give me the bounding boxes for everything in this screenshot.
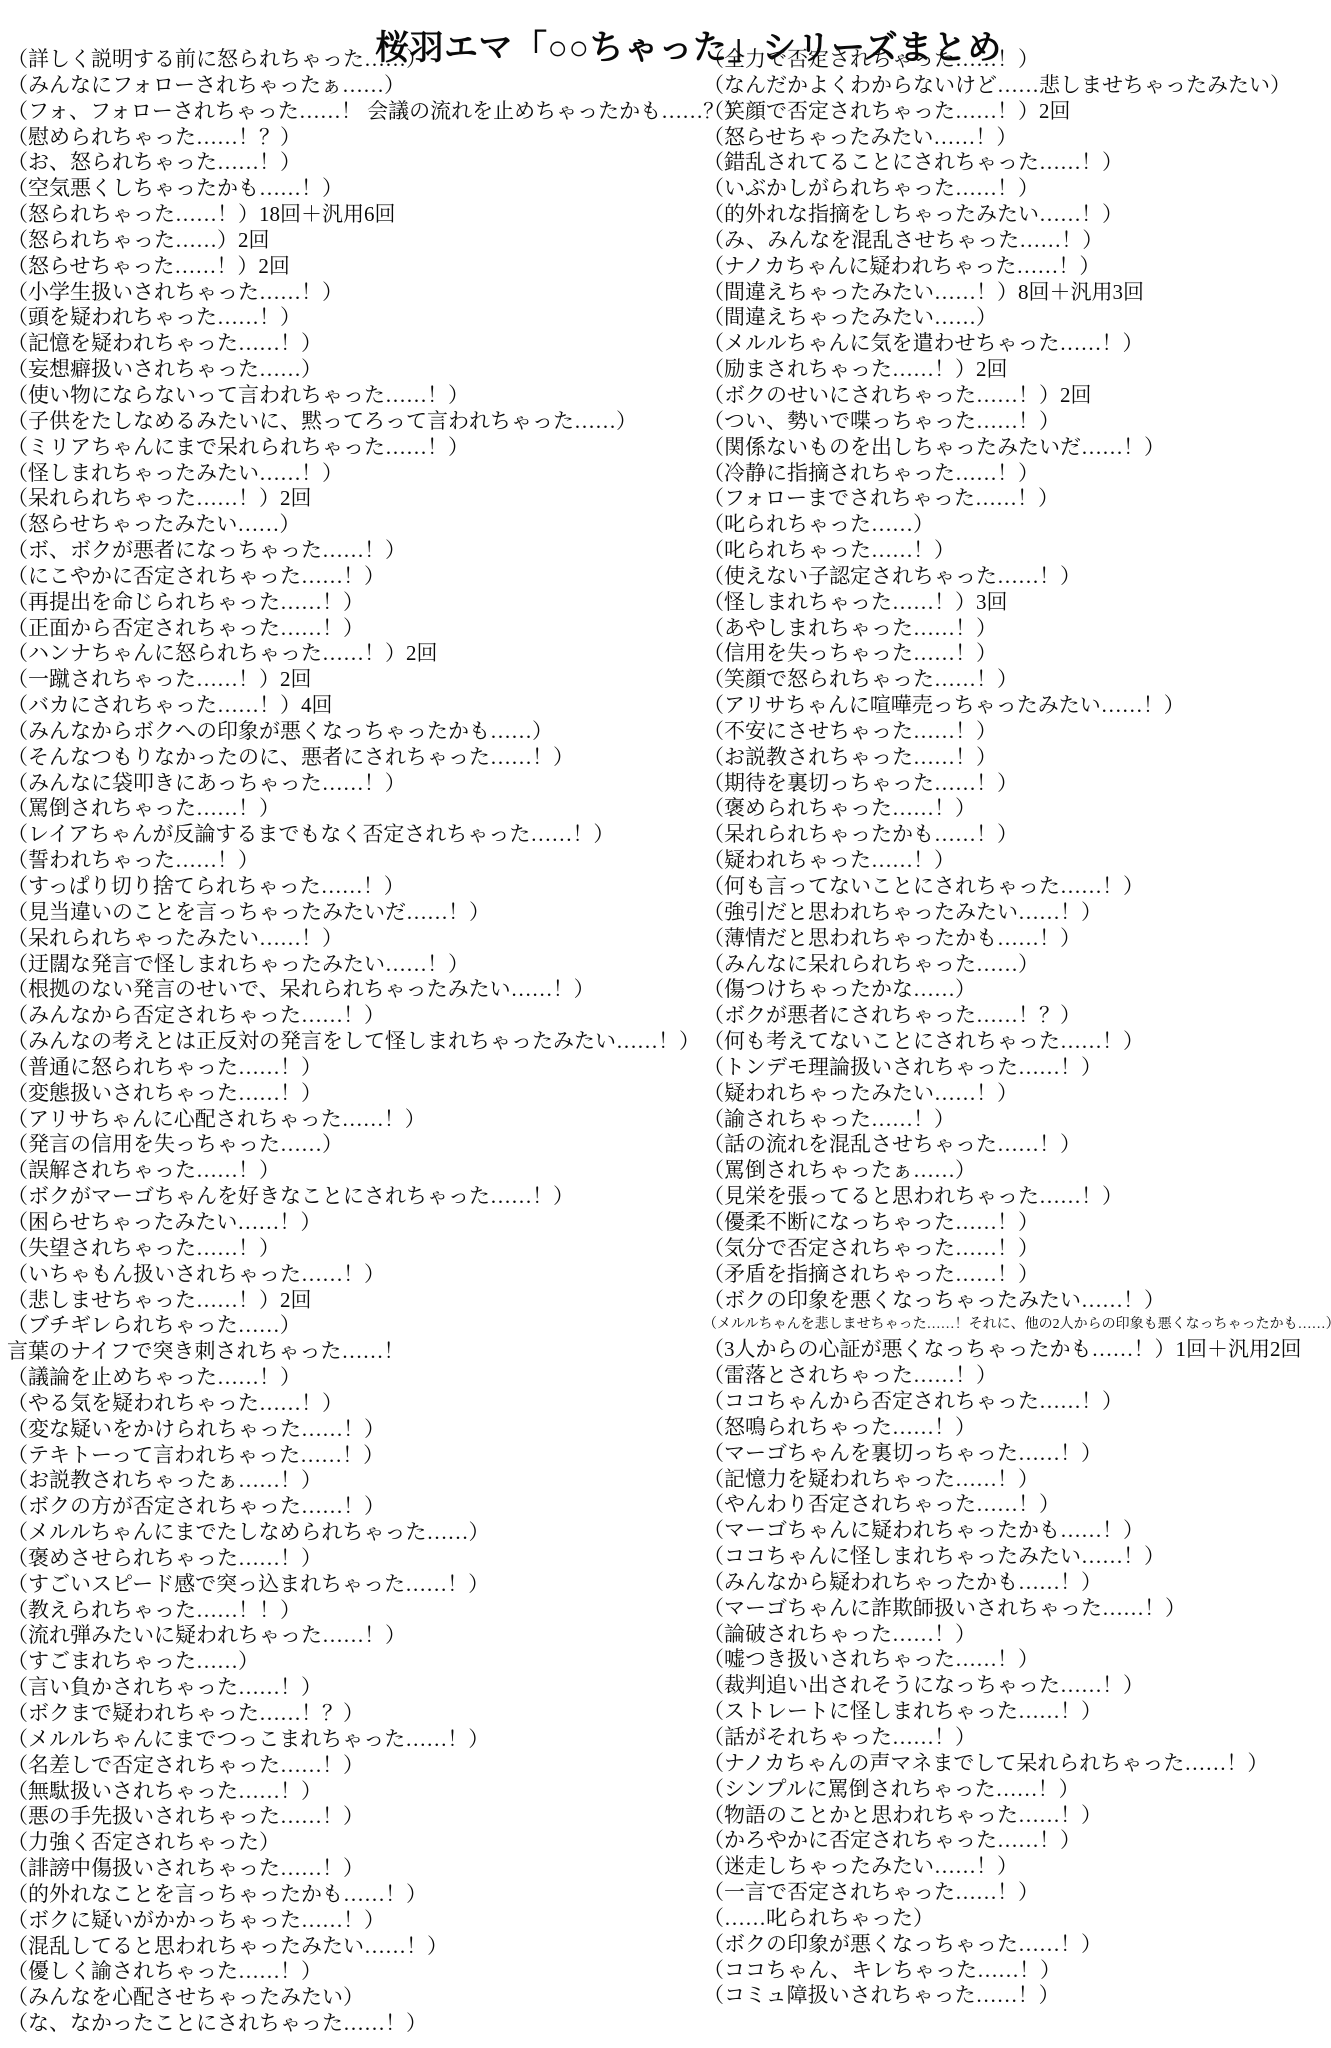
text-line: （小学生扱いされちゃった……！）: [7, 280, 745, 306]
text-line: （嘘つき扱いされちゃった……！）: [703, 1647, 1331, 1673]
text-line: （論破されちゃった……！）: [703, 1622, 1331, 1648]
text-line: （マーゴちゃんに詐欺師扱いされちゃった……！）: [703, 1596, 1331, 1622]
text-line: （ボクの印象が悪くなっちゃった……！）: [703, 1932, 1331, 1958]
text-line: （変態扱いされちゃった……！）: [7, 1081, 745, 1107]
text-line: （みんなから否定されちゃった……！）: [7, 1003, 745, 1029]
text-line: （悪の手先扱いされちゃった……！）: [7, 1804, 745, 1830]
text-line: （迂闊な発言で怪しまれちゃったみたい……！）: [7, 952, 745, 978]
text-line: 言葉のナイフで突き刺されちゃった……！: [7, 1339, 745, 1365]
text-line: （バカにされちゃった……！）4回: [7, 693, 745, 719]
text-line: （根拠のない発言のせいで、呆れられちゃったみたい……！）: [7, 977, 745, 1003]
text-line: （一言で否定されちゃった……！）: [703, 1880, 1331, 1906]
text-line: （みんなに呆れられちゃった……）: [703, 952, 1331, 978]
text-line: （いちゃもん扱いされちゃった……！）: [7, 1262, 745, 1288]
text-line: （叱られちゃった……！）: [703, 538, 1331, 564]
text-line: （ボクに疑いがかかっちゃった……！）: [7, 1908, 745, 1934]
text-line: （迷走しちゃったみたい……！）: [703, 1854, 1331, 1880]
text-line: （怒鳴られちゃった……！）: [703, 1415, 1331, 1441]
text-line: （言い負かされちゃった……！）: [7, 1675, 745, 1701]
text-line: （怒らせちゃったみたい……！）: [703, 125, 1331, 151]
text-line: （見栄を張ってると思われちゃった……！）: [703, 1184, 1331, 1210]
text-line: （子供をたしなめるみたいに、黙ってろって言われちゃった……）: [7, 409, 745, 435]
text-line: （お説教されちゃったぁ……！）: [7, 1468, 745, 1494]
left-column: （詳しく説明する前に怒られちゃった……）（みんなにフォローされちゃったぁ……）（…: [7, 47, 745, 2037]
text-line: （お説教されちゃった……！）: [703, 745, 1331, 771]
text-line: （裁判追い出されそうになっちゃった……！）: [703, 1673, 1331, 1699]
text-line: （怒らせちゃったみたい……）: [7, 512, 745, 538]
text-line: （間違えちゃったみたい……）: [703, 305, 1331, 331]
text-line: （フォ、フォローされちゃった……！ 会議の流れを止めちゃったかも……？）: [7, 99, 745, 125]
text-line: （優柔不断になっちゃった……！）: [703, 1210, 1331, 1236]
text-line: （呆れられちゃったかも……！）: [703, 822, 1331, 848]
text-line: （ミリアちゃんにまで呆れられちゃった……！）: [7, 435, 745, 461]
text-line: （流れ弾みたいに疑われちゃった……！）: [7, 1623, 745, 1649]
text-line: （お、怒られちゃった……！）: [7, 150, 745, 176]
text-line: （罵倒されちゃった……！）: [7, 796, 745, 822]
text-line: （フォローまでされちゃった……！）: [703, 486, 1331, 512]
text-line: （議論を止めちゃった……！）: [7, 1365, 745, 1391]
text-line: （ボクの印象を悪くなっちゃったみたい……！）: [703, 1288, 1331, 1314]
text-line: （レイアちゃんが反論するまでもなく否定されちゃった……！）: [7, 822, 745, 848]
text-line: （記憶を疑われちゃった……！）: [7, 331, 745, 357]
text-line: （……叱られちゃった）: [703, 1906, 1331, 1932]
text-line: （みんなにフォローされちゃったぁ……）: [7, 73, 745, 99]
text-line: （気分で否定されちゃった……！）: [703, 1236, 1331, 1262]
text-line: （3人からの心証が悪くなっちゃったかも……！）1回＋汎用2回: [703, 1337, 1331, 1363]
text-line: （ハンナちゃんに怒られちゃった……！）2回: [7, 641, 745, 667]
text-line: （使えない子認定されちゃった……！）: [703, 564, 1331, 590]
text-line: （話の流れを混乱させちゃった……！）: [703, 1132, 1331, 1158]
text-line: （シンプルに罵倒されちゃった……！）: [703, 1777, 1331, 1803]
text-line: （全力で否定されちゃった……！）: [703, 47, 1331, 73]
text-line: （すっぱり切り捨てられちゃった……！）: [7, 874, 745, 900]
text-line: （誓われちゃった……！）: [7, 848, 745, 874]
text-line: （マーゴちゃんを裏切っちゃった……！）: [703, 1441, 1331, 1467]
text-line: （失望されちゃった……！）: [7, 1236, 745, 1262]
text-line: （ボクがマーゴちゃんを好きなことにされちゃった……！）: [7, 1184, 745, 1210]
text-line: （かろやかに否定されちゃった……！）: [703, 1828, 1331, 1854]
text-line: （慰められちゃった……！？）: [7, 125, 745, 151]
text-line: （発言の信用を失っちゃった……）: [7, 1132, 745, 1158]
text-line: （やんわり否定されちゃった……！）: [703, 1492, 1331, 1518]
text-line: （期待を裏切っちゃった……！）: [703, 771, 1331, 797]
text-line: （アリサちゃんに心配されちゃった……！）: [7, 1107, 745, 1133]
text-line: （怒られちゃった……！）18回＋汎用6回: [7, 202, 745, 228]
text-line: （見当違いのことを言っちゃったみたいだ……！）: [7, 900, 745, 926]
text-line: （雷落とされちゃった……！）: [703, 1363, 1331, 1389]
text-line: （アリサちゃんに喧嘩売っちゃったみたい……！）: [703, 693, 1331, 719]
text-line: （ボクまで疑われちゃった……！？）: [7, 1701, 745, 1727]
text-line: （矛盾を指摘されちゃった……！）: [703, 1262, 1331, 1288]
text-line: （笑顔で怒られちゃった……！）: [703, 667, 1331, 693]
text-line: （ストレートに怪しまれちゃった……！）: [703, 1699, 1331, 1725]
text-line: （妄想癖扱いされちゃった……）: [7, 357, 745, 383]
text-line: （誹謗中傷扱いされちゃった……！）: [7, 1856, 745, 1882]
text-line: （何も言ってないことにされちゃった……！）: [703, 874, 1331, 900]
text-line: （ココちゃんに怪しまれちゃったみたい……！）: [703, 1544, 1331, 1570]
text-line: （すごいスピード感で突っ込まれちゃった……！）: [7, 1572, 745, 1598]
text-line: （トンデモ理論扱いされちゃった……！）: [703, 1055, 1331, 1081]
text-line: （みんなの考えとは正反対の発言をして怪しまれちゃったみたい……！）: [7, 1029, 745, 1055]
text-line: （頭を疑われちゃった……！）: [7, 305, 745, 331]
text-line: （みんなを心配させちゃったみたい）: [7, 1985, 745, 2011]
text-line: （呆れられちゃった……！）2回: [7, 486, 745, 512]
text-line: （あやしまれちゃった……！）: [703, 616, 1331, 642]
text-line: （ナノカちゃんの声マネまでして呆れられちゃった……！）: [703, 1751, 1331, 1777]
text-line: （教えられちゃった……！！）: [7, 1598, 745, 1624]
text-line: （何も考えてないことにされちゃった……！）: [703, 1029, 1331, 1055]
text-line: （物語のことかと思われちゃった……！）: [703, 1803, 1331, 1829]
text-line: （詳しく説明する前に怒られちゃった……）: [7, 47, 745, 73]
text-line: （関係ないものを出しちゃったみたいだ……！）: [703, 435, 1331, 461]
text-line: （励まされちゃった……！）2回: [703, 357, 1331, 383]
text-line: （錯乱されてることにされちゃった……！）: [703, 150, 1331, 176]
text-line: （混乱してると思われちゃったみたい……！）: [7, 1934, 745, 1960]
text-line: （ボ、ボクが悪者になっちゃった……！）: [7, 538, 745, 564]
text-line: （笑顔で否定されちゃった……！）2回: [703, 99, 1331, 125]
text-line: （力強く否定されちゃった）: [7, 1830, 745, 1856]
text-line: （みんなから疑われちゃったかも……！）: [703, 1570, 1331, 1596]
text-line: （疑われちゃったみたい……！）: [703, 1081, 1331, 1107]
text-line: （冷静に指摘されちゃった……！）: [703, 461, 1331, 487]
text-line: （再提出を命じられちゃった……！）: [7, 590, 745, 616]
text-line: （的外れな指摘をしちゃったみたい……！）: [703, 202, 1331, 228]
text-line: （話がそれちゃった……！）: [703, 1725, 1331, 1751]
text-line: （マーゴちゃんに疑われちゃったかも……！）: [703, 1518, 1331, 1544]
text-line: （メルルちゃんにまでたしなめられちゃった……）: [7, 1520, 745, 1546]
text-line: （一蹴されちゃった……！）2回: [7, 667, 745, 693]
text-line: （みんなに袋叩きにあっちゃった……！）: [7, 771, 745, 797]
text-line: （にこやかに否定されちゃった……！）: [7, 564, 745, 590]
right-column: （全力で否定されちゃった……！）（なんだかよくわからないけど……悲しませちゃった…: [703, 47, 1331, 2009]
text-line: （やる気を疑われちゃった……！）: [7, 1391, 745, 1417]
text-line: （ボクのせいにされちゃった……！）2回: [703, 383, 1331, 409]
text-line: （変な疑いをかけられちゃった……！）: [7, 1417, 745, 1443]
text-line: （叱られちゃった……）: [703, 512, 1331, 538]
text-line: （みんなからボクへの印象が悪くなっちゃったかも……）: [7, 719, 745, 745]
text-line: （怪しまれちゃった……！）3回: [703, 590, 1331, 616]
text-line: （強引だと思われちゃったみたい……！）: [703, 900, 1331, 926]
text-line: （メルルちゃんを悲しませちゃった……！それに、他の2人からの印象も悪くなっちゃっ…: [703, 1313, 1331, 1337]
text-line: （な、なかったことにされちゃった……！）: [7, 2011, 745, 2037]
text-line: （誤解されちゃった……！）: [7, 1158, 745, 1184]
summary-page: 桜羽エマ「○○ちゃった」シリーズまとめ （詳しく説明する前に怒られちゃった……）…: [0, 0, 1331, 2048]
text-line: （使い物にならないって言われちゃった……！）: [7, 383, 745, 409]
text-line: （褒められちゃった……！）: [703, 796, 1331, 822]
text-line: （すごまれちゃった……）: [7, 1649, 745, 1675]
text-line: （普通に怒られちゃった……！）: [7, 1055, 745, 1081]
text-line: （ブチギレられちゃった……）: [7, 1313, 745, 1339]
text-line: （呆れられちゃったみたい……！）: [7, 926, 745, 952]
text-line: （信用を失っちゃった……！）: [703, 641, 1331, 667]
text-line: （間違えちゃったみたい……！）8回＋汎用3回: [703, 280, 1331, 306]
text-line: （無駄扱いされちゃった……！）: [7, 1779, 745, 1805]
text-line: （ココちゃん、キレちゃった……！）: [703, 1958, 1331, 1984]
text-line: （困らせちゃったみたい……！）: [7, 1210, 745, 1236]
text-line: （名差しで否定されちゃった……！）: [7, 1753, 745, 1779]
text-line: （空気悪くしちゃったかも……！）: [7, 176, 745, 202]
text-line: （メルルちゃんにまでつっこまれちゃった……！）: [7, 1727, 745, 1753]
text-line: （薄情だと思われちゃったかも……！）: [703, 926, 1331, 952]
text-line: （正面から否定されちゃった……！）: [7, 616, 745, 642]
text-line: （怪しまれちゃったみたい……！）: [7, 461, 745, 487]
text-line: （優しく諭されちゃった……！）: [7, 1959, 745, 1985]
text-line: （いぶかしがられちゃった……！）: [703, 176, 1331, 202]
text-line: （メルルちゃんに気を遣わせちゃった……！）: [703, 331, 1331, 357]
text-line: （そんなつもりなかったのに、悪者にされちゃった……！）: [7, 745, 745, 771]
text-line: （怒らせちゃった……！）2回: [7, 254, 745, 280]
text-line: （的外れなことを言っちゃったかも……！）: [7, 1882, 745, 1908]
text-line: （疑われちゃった……！）: [703, 848, 1331, 874]
text-line: （コミュ障扱いされちゃった……！）: [703, 1983, 1331, 2009]
text-line: （ナノカちゃんに疑われちゃった……！）: [703, 254, 1331, 280]
text-line: （なんだかよくわからないけど……悲しませちゃったみたい）: [703, 73, 1331, 99]
text-line: （記憶力を疑われちゃった……！）: [703, 1467, 1331, 1493]
text-line: （怒られちゃった……）2回: [7, 228, 745, 254]
text-line: （不安にさせちゃった……！）: [703, 719, 1331, 745]
text-line: （ボクが悪者にされちゃった……！？）: [703, 1003, 1331, 1029]
text-line: （ココちゃんから否定されちゃった……！）: [703, 1389, 1331, 1415]
text-line: （諭されちゃった……！）: [703, 1107, 1331, 1133]
text-line: （悲しませちゃった……！）2回: [7, 1288, 745, 1314]
text-line: （傷つけちゃったかな……）: [703, 977, 1331, 1003]
text-line: （つい、勢いで喋っちゃった……！）: [703, 409, 1331, 435]
text-line: （テキトーって言われちゃった……！）: [7, 1443, 745, 1469]
text-line: （罵倒されちゃったぁ……）: [703, 1158, 1331, 1184]
text-line: （ボクの方が否定されちゃった……！）: [7, 1494, 745, 1520]
text-line: （み、みんなを混乱させちゃった……！）: [703, 228, 1331, 254]
text-line: （褒めさせられちゃった……！）: [7, 1546, 745, 1572]
